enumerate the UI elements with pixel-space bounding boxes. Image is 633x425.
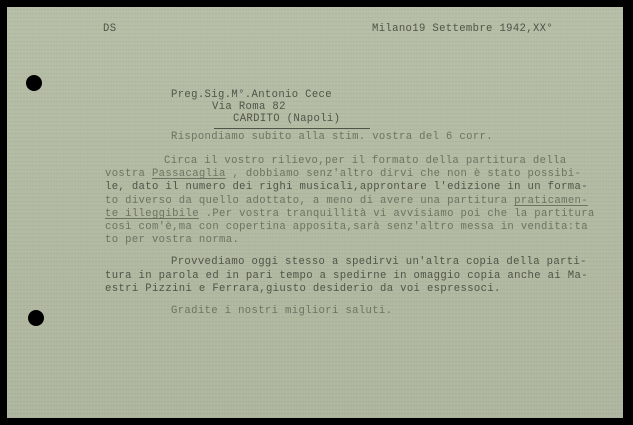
text: , dobbiamo senz'altro dirvi che non è st… [226,168,582,180]
paragraph2-line1: Provvediamo oggi stesso a spedirvi un'al… [171,256,587,268]
underlined-phrase: te illeggibile [105,208,199,220]
text: vostra [105,168,152,180]
paragraph2-line3: estri Pizzini e Ferrara,giusto desiderio… [105,283,501,295]
recipient-name: Preg.Sig.M°.Antonio Cece [171,89,332,101]
paragraph1-line2: vostra Passacaglia , dobbiamo senz'altro… [105,168,581,180]
recipient-city: CARDITO (Napoli) [233,113,340,125]
paragraph1-line7: to per vostra norma. [105,234,239,246]
underlined-phrase: praticamen- [514,195,588,207]
punch-hole-top [26,75,42,91]
reference-initials: DS [103,23,116,35]
paragraph1-line3: le, dato il numero dei righi musicali,ap… [105,181,588,193]
date-line: Milano19 Settembre 1942,XX° [372,23,553,35]
recipient-underline [214,128,370,129]
punch-hole-bottom [28,310,44,326]
text: to diverso da quello adottato, a meno di… [105,195,514,207]
work-title-passacaglia: Passacaglia [152,168,226,180]
paragraph1-line4: to diverso da quello adottato, a meno di… [105,195,588,207]
letter-paper: DS Milano19 Settembre 1942,XX° Preg.Sig.… [7,7,623,418]
paragraph1-line5: te illeggibile .Per vostra tranquillità … [105,208,595,220]
paragraph2-line2: tura in parola ed in pari tempo a spedir… [105,270,588,282]
opening-line: Rispondiamo subito alla stim. vostra del… [171,131,493,143]
recipient-street: Via Roma 82 [212,101,286,113]
text: .Per vostra tranquillità vi avvisiamo po… [199,208,595,220]
paragraph1-line1: Circa il vostro rilievo,per il formato d… [164,155,566,167]
closing-line: Gradite i nostri migliori saluti. [171,305,392,317]
paragraph1-line6: così com'è,ma con copertina apposita,sar… [105,221,588,233]
